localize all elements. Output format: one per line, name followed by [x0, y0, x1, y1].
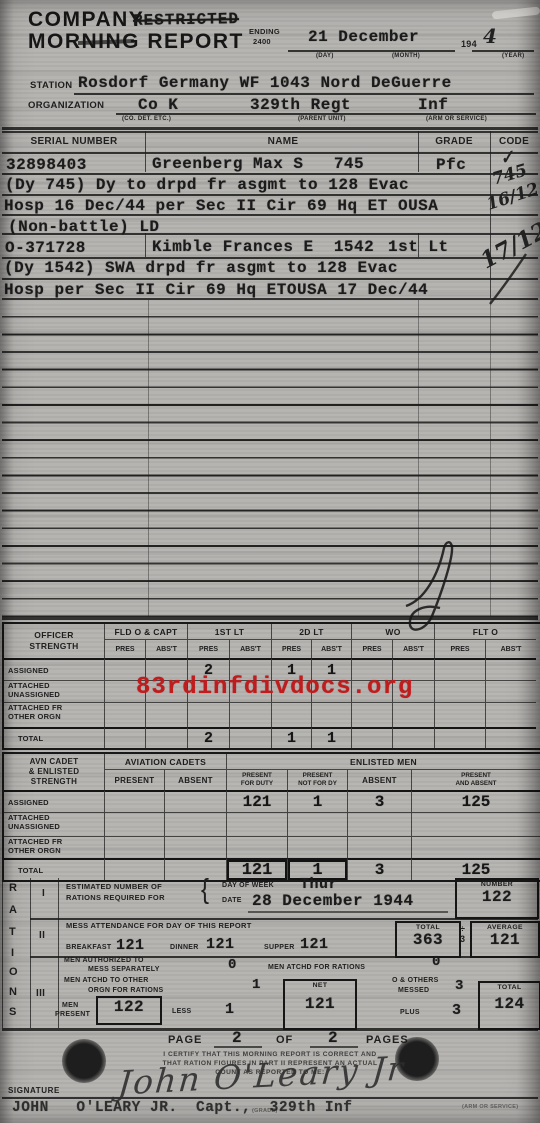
- estimated-label-1: ESTIMATED NUMBER OF: [66, 882, 162, 891]
- net-label: NET: [285, 982, 355, 989]
- org-underline: [116, 113, 536, 115]
- officer-sub-abst: ABS'T: [145, 639, 187, 658]
- org-parent-sublabel: (PARENT UNIT): [298, 116, 346, 122]
- average-label: AVERAGE: [472, 924, 538, 931]
- rations-vert-letter: S: [9, 1006, 17, 1018]
- row-label-text: ASSIGNED: [8, 666, 49, 675]
- net-value: 121: [285, 995, 355, 1013]
- average-value: 121: [472, 931, 538, 949]
- rule: [2, 194, 538, 196]
- men-present-label-1: MEN: [62, 1002, 78, 1009]
- day-of-week-value: Thur: [300, 876, 338, 893]
- officer-row-total-label: TOTAL: [4, 727, 104, 748]
- cadet-total-cell: 125: [411, 858, 540, 880]
- row-label-text: ATTACHED: [8, 681, 50, 690]
- breakfast-value: 121: [116, 937, 145, 954]
- org-parent-value: 329th Regt: [250, 96, 351, 114]
- officer-assigned-cell: [434, 658, 485, 680]
- scan-artifact: [492, 7, 540, 20]
- officer-total-cell: 1: [311, 727, 351, 748]
- officer-assigned-cell: [485, 658, 536, 680]
- col-av-present: PRESENT: [104, 769, 164, 790]
- men-atchd-other-value: 1: [252, 977, 261, 993]
- station-value: Rosdorf Germany WF 1043 Nord DeGuerre: [78, 74, 452, 92]
- pages-count: 2: [328, 1029, 338, 1047]
- org-arm-sublabel: (ARM OR SERVICE): [426, 116, 487, 122]
- cadet-total-cell: 3: [347, 858, 411, 880]
- col-label-text: PRESENT: [461, 772, 491, 780]
- year-sublabel: (YEAR): [502, 53, 524, 59]
- officer-empty-cell: [434, 702, 485, 727]
- cadet-empty-cell: [347, 836, 411, 858]
- entry1-line3: Hosp 16 Dec/44 per Sec II Cir 69 Hq ET O…: [4, 197, 438, 215]
- grade-sublabel: (GRADE): [252, 1108, 278, 1114]
- officer-sub-pres: PRES: [271, 639, 311, 658]
- cadet-empty-cell: [411, 836, 540, 858]
- cadet-empty-cell: [287, 836, 347, 858]
- handwritten-flourish: [398, 538, 468, 638]
- cadet-empty-cell: [411, 812, 540, 836]
- officer-row-attached-unassigned-label: ATTACHED UNASSIGNED: [4, 680, 104, 702]
- officer-row-assigned-label: ASSIGNED: [4, 658, 104, 680]
- site-watermark: 83rdinfdivdocs.org: [136, 674, 413, 701]
- entry2-name: Kimble Frances E 1542: [152, 238, 374, 256]
- plus-value: 3: [452, 1002, 462, 1019]
- blank-divider-3: [490, 300, 491, 617]
- number-box: NUMBER 122: [455, 878, 539, 919]
- report-date-value: 21 December: [308, 28, 419, 46]
- col-label-text: NOT FOR DY: [298, 780, 337, 788]
- mess-separately-value: 0: [228, 957, 237, 973]
- row-label-text: TOTAL: [18, 734, 43, 743]
- mess-total-value: 363: [397, 931, 459, 949]
- cadet-corner-line1: AVN CADET: [30, 757, 79, 767]
- officer-empty-cell: [485, 680, 536, 702]
- officer-empty-cell: [392, 702, 434, 727]
- dinner-value: 121: [206, 936, 235, 953]
- cadet-total-cell: [164, 858, 226, 880]
- officer-sub-pres: PRES: [434, 639, 485, 658]
- o-and-others-label-2: MESSED: [398, 987, 429, 994]
- cadet-assigned-cell: [164, 790, 226, 812]
- officer-total-cell: [434, 727, 485, 748]
- rule: [2, 278, 538, 280]
- row-label-text: UNASSIGNED: [8, 822, 60, 831]
- officer-empty-cell: [145, 702, 187, 727]
- page-number: 2: [232, 1029, 242, 1047]
- rule: [2, 214, 538, 216]
- rations-date-value: 28 December 1944: [252, 892, 414, 910]
- mess-total-label: TOTAL: [397, 924, 459, 931]
- divider-serial-name-2: [145, 233, 146, 257]
- men-atchd-rations-label: MEN ATCHD FOR RATIONS: [268, 964, 365, 971]
- officer-group-fldo: FLD O & CAPT: [104, 624, 187, 639]
- col-absent: ABSENT: [347, 769, 411, 790]
- cadet-corner-line2: & ENLISTED: [29, 767, 80, 777]
- handwritten-slash: [486, 254, 530, 306]
- plus-label: PLUS: [400, 1009, 420, 1016]
- cadet-assigned-cell: 1: [287, 790, 347, 812]
- col-av-absent: ABSENT: [164, 769, 226, 790]
- officer-sub-abst: ABS'T: [485, 639, 536, 658]
- entry2-line2: (Dy 1542) SWA drpd fr asgmt to 128 Evac: [4, 259, 398, 277]
- entry1-name: Greenberg Max S 745: [152, 155, 364, 173]
- cadet-empty-cell: [287, 812, 347, 836]
- rations-section-iii: III: [36, 988, 45, 999]
- rations-bottom-rule: [2, 1028, 538, 1031]
- men-authorized-label-1: MEN AUTHORIZED TO: [64, 957, 144, 964]
- roster-header-rule: [2, 152, 538, 154]
- officer-total-cell: [229, 727, 271, 748]
- rule: [2, 173, 538, 175]
- men-present-label-2: PRESENT: [55, 1011, 90, 1018]
- org-arm-value: Inf: [418, 96, 448, 114]
- year-underline: [472, 50, 534, 52]
- rations-section-ii: II: [39, 930, 45, 941]
- col-label-text: PRESENT: [303, 772, 333, 780]
- rations-vert-letter: A: [9, 904, 17, 916]
- cadet-corner-cell: AVN CADET & ENLISTED STRENGTH: [4, 754, 104, 790]
- mess-attendance-label: MESS ATTENDANCE FOR DAY OF THIS REPORT: [66, 921, 252, 930]
- roster-top-rule2: [2, 131, 538, 133]
- officer-group-1stlt: 1ST LT: [187, 624, 271, 639]
- cadet-total-cell: [104, 858, 164, 880]
- dinner-label: DINNER: [170, 944, 199, 951]
- row-label-text: OTHER ORGN: [8, 712, 61, 721]
- officer-group-2dlt: 2D LT: [271, 624, 351, 639]
- officer-sub-abst: ABS'T: [311, 639, 351, 658]
- number-box-value: 122: [457, 888, 537, 906]
- officer-total-cell: [485, 727, 536, 748]
- cadet-assigned-cell: [104, 790, 164, 812]
- col-present-for-duty: PRESENT FOR DUTY: [226, 769, 287, 790]
- officer-total-cell: 2: [187, 727, 229, 748]
- row-label-text: OTHER ORGN: [8, 846, 61, 855]
- officer-row-attached-fr-label: ATTACHED FR OTHER ORGN: [4, 702, 104, 727]
- officer-sub-pres: PRES: [187, 639, 229, 658]
- officer-empty-cell: [271, 702, 311, 727]
- divider-serial-name: [145, 131, 146, 172]
- rations-numeral-divider: [58, 878, 59, 1028]
- roster-header-grade: GRADE: [418, 136, 490, 147]
- divider-name-grade: [418, 131, 419, 172]
- men-present-box: 122: [96, 996, 162, 1025]
- roster-top-rule: [2, 127, 538, 130]
- less-label: LESS: [172, 1008, 191, 1015]
- divider-name-grade-2: [418, 233, 419, 257]
- supper-value: 121: [300, 936, 329, 953]
- arm-service-sublabel: (ARM OR SERVICE): [462, 1104, 518, 1110]
- number-box-label: NUMBER: [457, 881, 537, 888]
- group-enlisted-men: ENLISTED MEN: [226, 754, 540, 769]
- cadet-empty-cell: [226, 836, 287, 858]
- row-label-text: UNASSIGNED: [8, 690, 60, 699]
- officer-empty-cell: [229, 702, 271, 727]
- rations-vert-letter: R: [9, 882, 17, 894]
- men-atchd-other-label-1: MEN ATCHD TO OTHER: [64, 977, 149, 984]
- col-present-not-for-dy: PRESENT NOT FOR DY: [287, 769, 347, 790]
- rule: [2, 233, 538, 235]
- station-underline: [74, 93, 534, 95]
- o-and-others-value: 3: [455, 978, 464, 994]
- rations-vert-letter: O: [9, 966, 18, 978]
- divide-number: 3: [460, 934, 465, 944]
- morning-report-scan: COMPANY RESTRICTED MORNING REPORT ENDING…: [0, 0, 540, 1123]
- officer-corner-line2: STRENGTH: [29, 641, 78, 652]
- restricted-stamp: RESTRICTED: [133, 10, 239, 30]
- rations-date-underline: [248, 911, 448, 913]
- org-company-value: Co K: [138, 96, 178, 114]
- pages-underline: [310, 1046, 358, 1048]
- rations-vert-letter: I: [11, 947, 14, 959]
- officer-empty-cell: [187, 702, 229, 727]
- average-box: AVERAGE 121: [470, 921, 540, 958]
- cadet-empty-cell: [104, 836, 164, 858]
- entry1-serial: 32898403: [6, 156, 87, 174]
- officer-empty-cell: [434, 680, 485, 702]
- officer-total-cell: 1: [271, 727, 311, 748]
- cadet-row-attached-unassigned-label: ATTACHED UNASSIGNED: [4, 812, 104, 836]
- ration-total-box: TOTAL 124: [478, 981, 540, 1030]
- net-box: NET 121: [283, 979, 357, 1030]
- day-of-week-label: DAY OF WEEK: [222, 882, 274, 889]
- officer-sub-pres: PRES: [351, 639, 392, 658]
- rations-outer-border: [2, 878, 3, 1028]
- men-authorized-label-2: MESS SEPARATELY: [88, 966, 160, 973]
- less-value: 1: [225, 1001, 235, 1018]
- row-label-text: ASSIGNED: [8, 798, 49, 807]
- entry1-grade: Pfc: [436, 156, 466, 174]
- cadet-assigned-cell: 121: [226, 790, 287, 812]
- page-label: PAGE: [168, 1034, 202, 1046]
- rations-vert-letter: N: [9, 986, 17, 998]
- cadet-empty-cell: [347, 812, 411, 836]
- officer-total-cell: [392, 727, 434, 748]
- estimated-label-2: RATIONS REQUIRED FOR: [66, 893, 165, 902]
- cadet-row-total-label: TOTAL: [4, 858, 104, 880]
- entry2-line3: Hosp per Sec II Cir 69 Hq ETOUSA 17 Dec/…: [4, 281, 428, 299]
- ration-total-label: TOTAL: [480, 984, 539, 991]
- enlisted-strength-table: AVN CADET & ENLISTED STRENGTH AVIATION C…: [2, 752, 540, 882]
- cadet-empty-cell: [104, 812, 164, 836]
- divide-sign: ÷: [460, 924, 465, 934]
- cadet-row-attached-fr-label: ATTACHED FR OTHER ORGN: [4, 836, 104, 858]
- month-sublabel: (MONTH): [392, 53, 420, 59]
- entry1-line2: (Dy 745) Dy to drpd fr asgmt to 128 Evac: [5, 176, 409, 194]
- ration-total-value: 124: [480, 995, 539, 1013]
- rations-vert-letter: T: [9, 926, 16, 938]
- breakfast-label: BREAKFAST: [66, 944, 111, 951]
- cadet-row-assigned-label: ASSIGNED: [4, 790, 104, 812]
- officer-total-cell: [145, 727, 187, 748]
- officer-empty-cell: [104, 702, 145, 727]
- cadet-empty-cell: [226, 812, 287, 836]
- officer-sub-pres: PRES: [104, 639, 145, 658]
- officer-sub-abst: ABS'T: [392, 639, 434, 658]
- col-label-text: PRESENT: [242, 772, 272, 780]
- officer-total-cell: [104, 727, 145, 748]
- officer-total-cell: [351, 727, 392, 748]
- officer-empty-cell: [311, 702, 351, 727]
- typed-signature-line: JOHN O'LEARY JR. Capt., 329th Inf: [12, 1100, 352, 1116]
- rations-section-i: I: [42, 888, 45, 899]
- year-printed: 194: [461, 39, 477, 49]
- brace-glyph: {: [201, 874, 209, 906]
- cadet-total-cell-boxed: 121: [226, 858, 287, 880]
- blank-divider-1: [148, 300, 149, 617]
- cadet-assigned-cell: 125: [411, 790, 540, 812]
- row-label-text: TOTAL: [18, 866, 43, 875]
- rations-letter-divider: [30, 878, 31, 1028]
- form-title-line2: MORNING REPORT: [28, 30, 244, 54]
- ending-label: ENDING: [249, 27, 280, 36]
- row-label-text: ATTACHED FR: [8, 703, 62, 712]
- men-present-value: 122: [98, 998, 160, 1016]
- rations-date-label: DATE: [222, 897, 242, 904]
- row-label-text: ATTACHED: [8, 813, 50, 822]
- roster-header-name: NAME: [148, 136, 418, 147]
- cadet-corner-line3: STRENGTH: [31, 777, 77, 787]
- day-sublabel: (DAY): [316, 53, 334, 59]
- officer-empty-cell: [485, 702, 536, 727]
- date-underline: [288, 50, 455, 52]
- year-handwritten: 4: [483, 24, 497, 48]
- col-label-text: AND ABSENT: [455, 780, 496, 788]
- cadet-assigned-cell: 3: [347, 790, 411, 812]
- men-atchd-rations-value: 0: [432, 954, 441, 970]
- ending-time: 2400: [253, 37, 271, 46]
- officer-corner-cell: OFFICER STRENGTH: [4, 624, 104, 658]
- row-label-text: ATTACHED FR: [8, 837, 62, 846]
- cadet-empty-cell: [164, 812, 226, 836]
- mess-total-box: TOTAL 363: [395, 921, 461, 958]
- of-label: OF: [276, 1034, 293, 1046]
- officer-empty-cell: [351, 702, 392, 727]
- organization-label: ORGANIZATION: [28, 100, 104, 111]
- roster-header-serial: SERIAL NUMBER: [0, 136, 148, 147]
- entry2-serial: O-371728: [5, 239, 86, 257]
- roster-header-code: CODE: [490, 136, 538, 147]
- supper-label: SUPPER: [264, 944, 295, 951]
- group-aviation-cadets: AVIATION CADETS: [104, 754, 226, 769]
- o-and-others-label-1: O & OTHERS: [392, 977, 439, 984]
- officer-sub-abst: ABS'T: [229, 639, 271, 658]
- form-title-line1: COMPANY: [28, 8, 144, 32]
- org-co-sublabel: (CO. DET. ETC.): [122, 116, 171, 122]
- col-label-text: FOR DUTY: [241, 780, 273, 788]
- signature-rule: [2, 1097, 538, 1099]
- page-underline: [214, 1046, 262, 1048]
- signature-label: SIGNATURE: [8, 1086, 60, 1095]
- col-present-and-absent: PRESENT AND ABSENT: [411, 769, 540, 790]
- cadet-empty-cell: [164, 836, 226, 858]
- station-label: STATION: [30, 80, 72, 91]
- men-atchd-other-label-2: ORGN FOR RATIONS: [88, 987, 163, 994]
- officer-corner-line1: OFFICER: [34, 630, 73, 641]
